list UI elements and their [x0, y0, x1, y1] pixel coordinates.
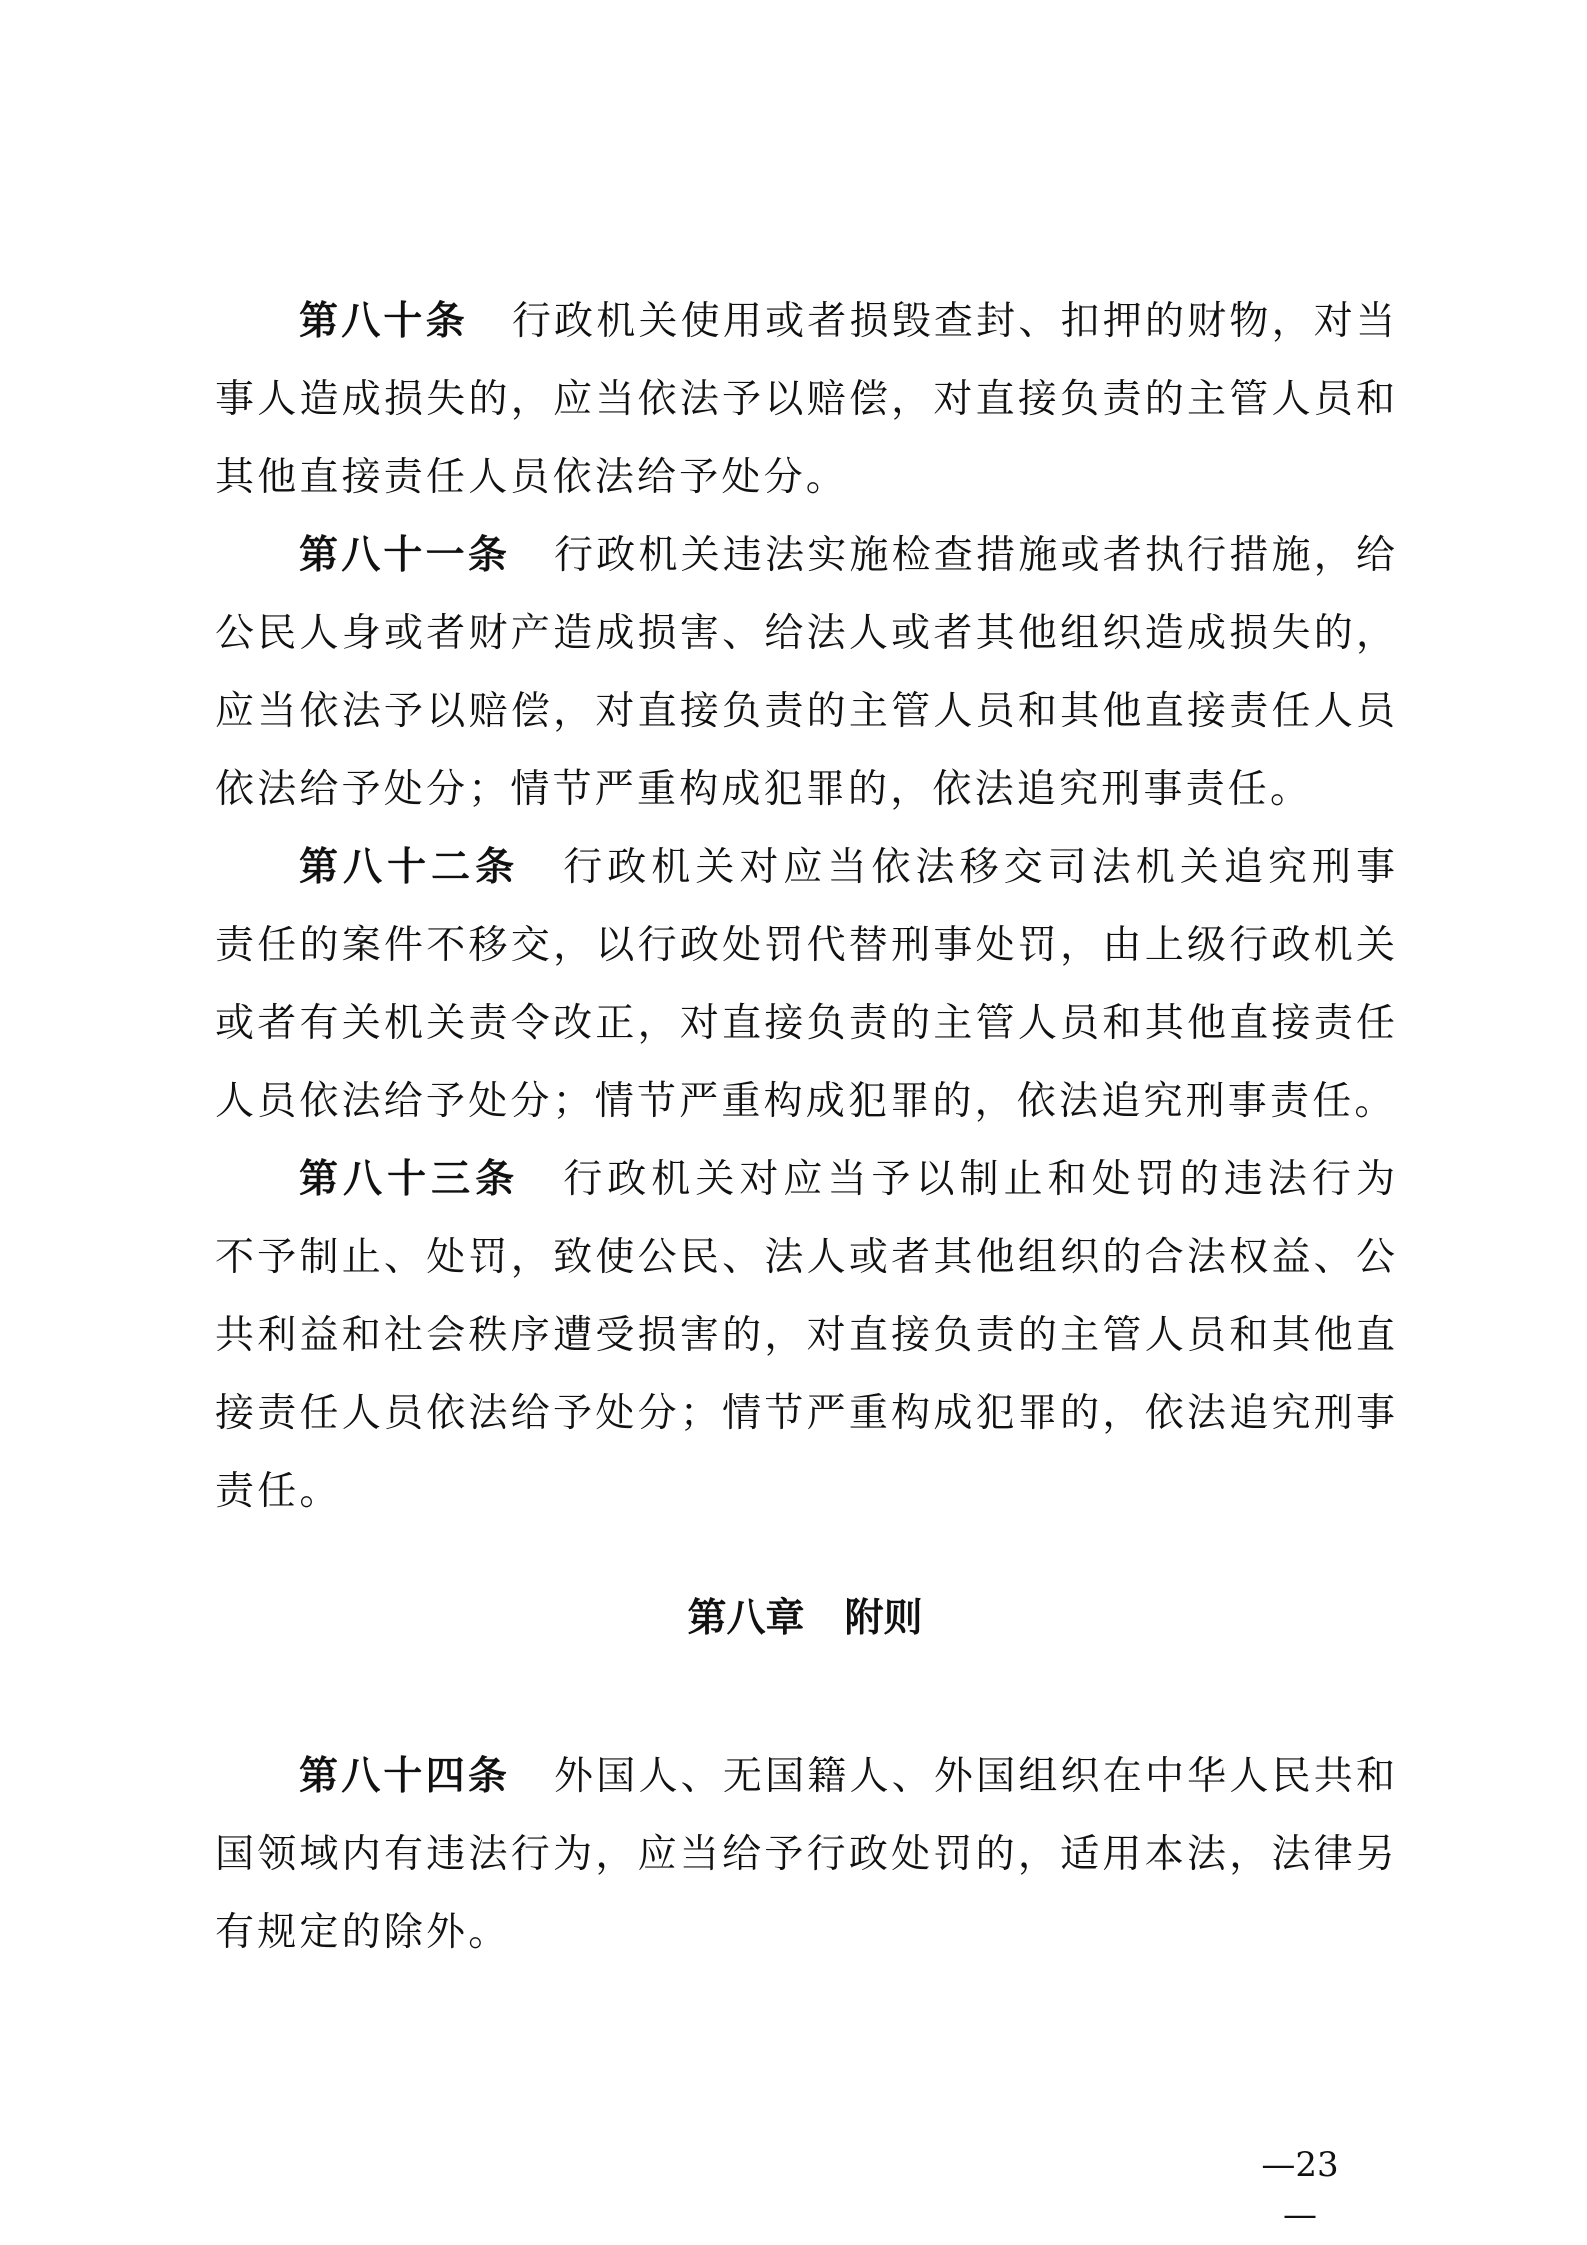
article-83-number: 第八十三条	[299, 1157, 519, 1202]
article-81-line: 应当依法予以赔偿，对直接负责的主管人员和其他直接责任人员	[215, 673, 1395, 751]
article-80-line: 事人造成损失的，应当依法予以赔偿，对直接负责的主管人员和	[215, 361, 1395, 439]
article-82-number: 第八十二条	[299, 845, 519, 890]
article-83-line: 接责任人员依法给予处分；情节严重构成犯罪的，依法追究刑事	[215, 1375, 1395, 1453]
chapter-heading: 第八章附则	[215, 1580, 1395, 1658]
article-83-line: 不予制止、处罚，致使公民、法人或者其他组织的合法权益、公	[215, 1219, 1395, 1297]
article-83-first-line: 第八十三条行政机关对应当予以制止和处罚的违法行为	[299, 1141, 1395, 1219]
article-82-text: 行政机关对应当依法移交司法机关追究刑事	[563, 845, 1395, 890]
article-81-text: 行政机关违法实施检查措施或者执行措施，给	[554, 533, 1395, 578]
article-82-line: 责任的案件不移交，以行政处罚代替刑事处罚，由上级行政机关	[215, 907, 1395, 985]
article-82-first-line: 第八十二条行政机关对应当依法移交司法机关追究刑事	[299, 829, 1395, 907]
article-81-number: 第八十一条	[299, 533, 510, 578]
article-80-first-line: 第八十条行政机关使用或者损毁查封、扣押的财物，对当	[299, 283, 1395, 361]
article-84-line: 有规定的除外。	[215, 1894, 1395, 1972]
page-number: —23—	[1245, 2140, 1355, 2240]
article-81-line: 公民人身或者财产造成损害、给法人或者其他组织造成损失的，	[215, 595, 1395, 673]
article-80-number: 第八十条	[299, 299, 468, 344]
article-84-first-line: 第八十四条外国人、无国籍人、外国组织在中华人民共和	[299, 1738, 1395, 1816]
article-82-line: 人员依法给予处分；情节严重构成犯罪的，依法追究刑事责任。	[215, 1063, 1395, 1141]
article-84-text: 外国人、无国籍人、外国组织在中华人民共和	[554, 1754, 1395, 1799]
article-81-first-line: 第八十一条行政机关违法实施检查措施或者执行措施，给	[299, 517, 1395, 595]
chapter-title: 附则	[845, 1596, 923, 1641]
article-83-text: 行政机关对应当予以制止和处罚的违法行为	[563, 1157, 1395, 1202]
article-81-line: 依法给予处分；情节严重构成犯罪的，依法追究刑事责任。	[215, 751, 1395, 829]
article-84-number: 第八十四条	[299, 1754, 510, 1799]
article-83-line: 共利益和社会秩序遭受损害的，对直接负责的主管人员和其他直	[215, 1297, 1395, 1375]
article-82-line: 或者有关机关责令改正，对直接负责的主管人员和其他直接责任	[215, 985, 1395, 1063]
article-84-line: 国领域内有违法行为，应当给予行政处罚的，适用本法，法律另	[215, 1816, 1395, 1894]
article-83-line: 责任。	[215, 1453, 1395, 1531]
article-80-line: 其他直接责任人员依法给予处分。	[215, 439, 1395, 517]
chapter-number: 第八章	[687, 1596, 804, 1641]
article-80-text: 行政机关使用或者损毁查封、扣押的财物，对当	[512, 299, 1395, 344]
